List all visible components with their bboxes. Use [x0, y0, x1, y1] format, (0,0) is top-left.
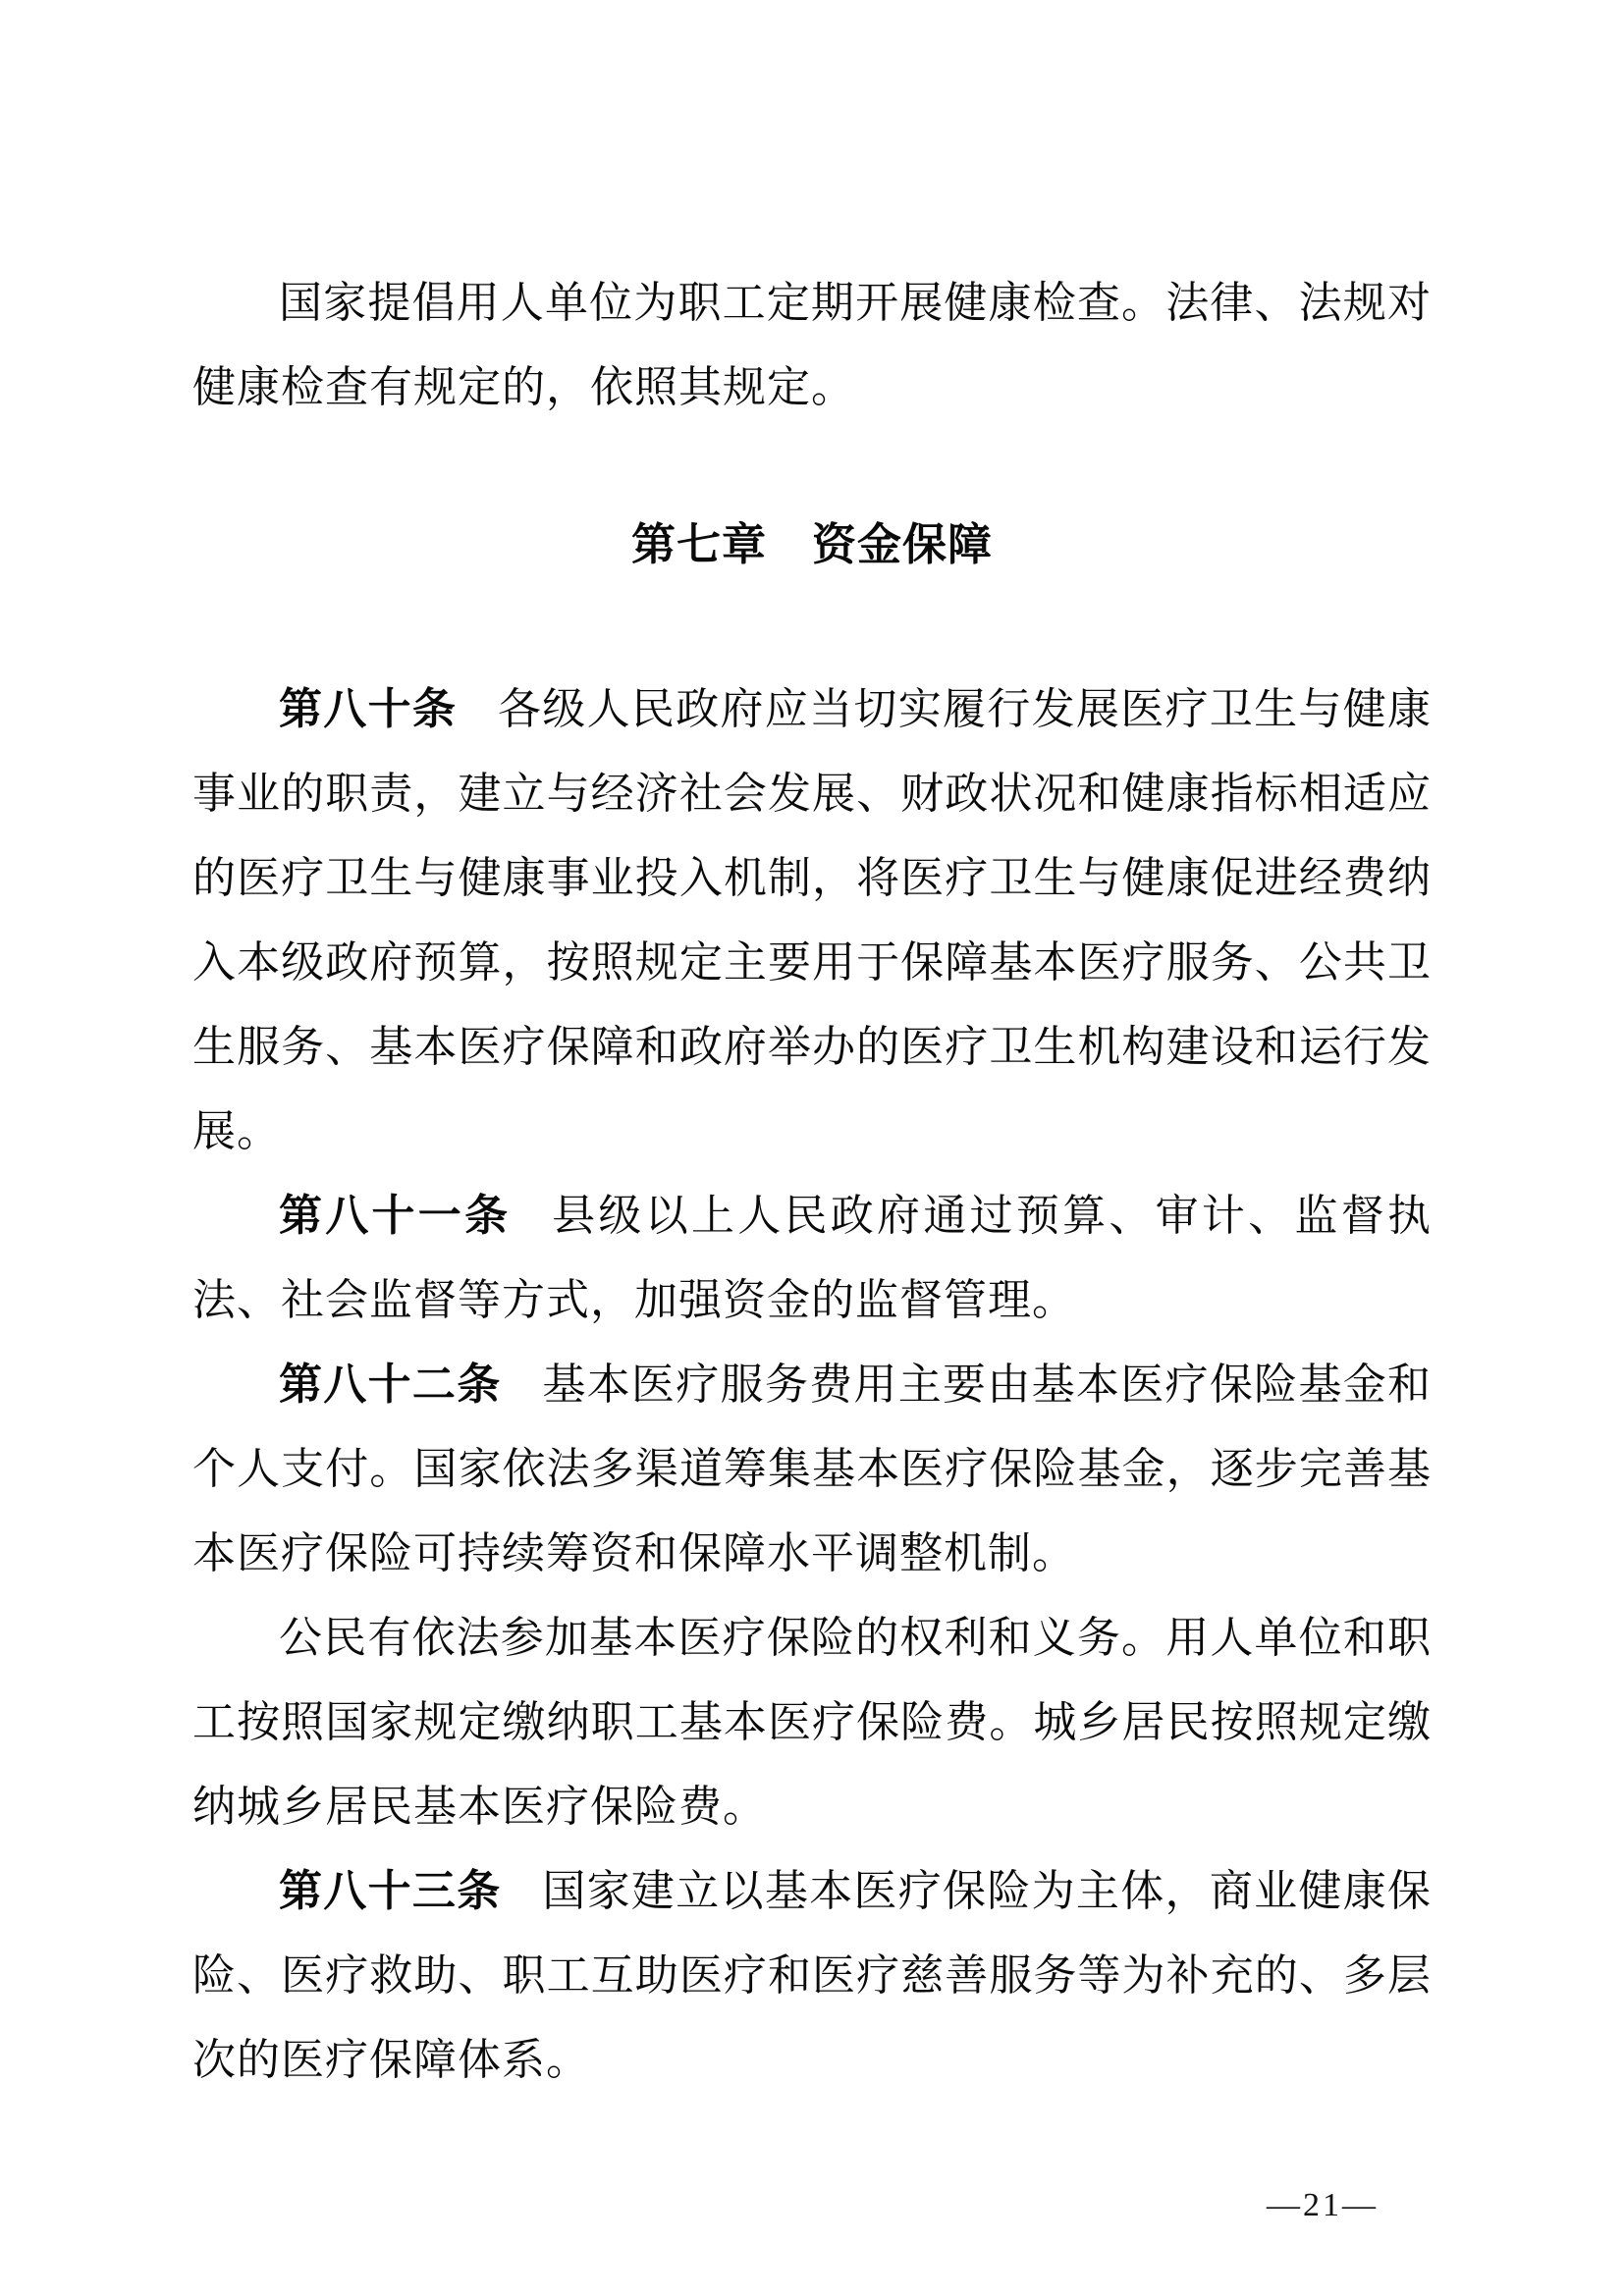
paragraph-continued: 国家提倡用人单位为职工定期开展健康检查。法律、法规对健康检查有规定的，依照其规定… — [192, 261, 1432, 430]
article-80-number: 第八十条 — [279, 685, 498, 733]
page-content: 国家提倡用人单位为职工定期开展健康检查。法律、法规对健康检查有规定的，依照其规定… — [192, 261, 1432, 2103]
article-80-text: 各级人民政府应当切实履行发展医疗卫生与健康事业的职责，建立与经济社会发展、财政状… — [192, 685, 1432, 1155]
article-81-paragraph: 第八十一条县级以上人民政府通过预算、审计、监督执法、社会监督等方式，加强资金的监… — [192, 1174, 1432, 1343]
article-83-number: 第八十三条 — [279, 1867, 542, 1915]
document-page: 国家提倡用人单位为职工定期开展健康检查。法律、法规对健康检查有规定的，依照其规定… — [0, 0, 1624, 2296]
article-83-paragraph: 第八十三条国家建立以基本医疗保险为主体，商业健康保险、医疗救助、职工互助医疗和医… — [192, 1849, 1432, 2103]
chapter-heading: 第七章 资金保障 — [192, 503, 1432, 587]
article-81-number: 第八十一条 — [279, 1192, 552, 1240]
article-80-paragraph: 第八十条各级人民政府应当切实履行发展医疗卫生与健康事业的职责，建立与经济社会发展… — [192, 667, 1432, 1174]
article-82-paragraph: 第八十二条基本医疗服务费用主要由基本医疗保险基金和个人支付。国家依法多渠道筹集基… — [192, 1343, 1432, 1596]
page-number: —21— — [1267, 2187, 1379, 2224]
article-82-paragraph-2: 公民有依法参加基本医疗保险的权利和义务。用人单位和职工按照国家规定缴纳职工基本医… — [192, 1596, 1432, 1849]
article-82-number: 第八十二条 — [279, 1361, 542, 1409]
